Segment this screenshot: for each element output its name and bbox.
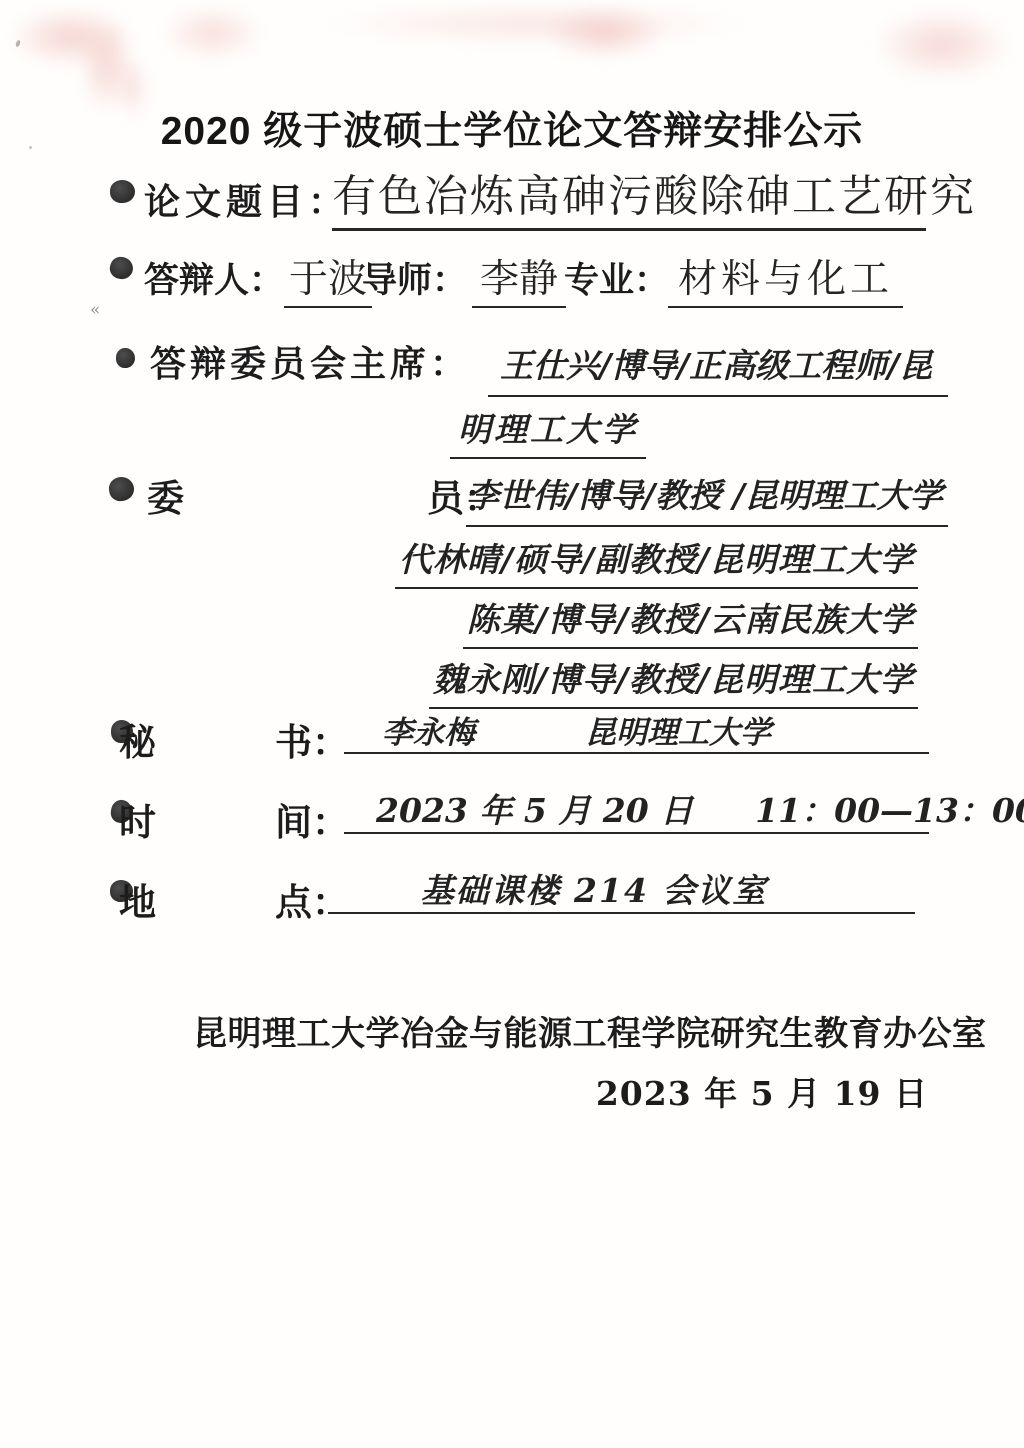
issue-date: 2023 年 5 月 19 日 <box>596 1068 928 1115</box>
defense-announcement-page: « 2020 级于波硕士学位论文答辩安排公示 论文题目： 有色冶炼高砷污酸除砷工… <box>0 0 1024 1448</box>
defender-label: 答辩人： <box>144 253 284 303</box>
defender-name: 于波 <box>284 248 372 308</box>
committee-member-row: 魏永刚/博导/教授/昆明理工大学 <box>395 654 918 701</box>
pink-stamp-smudge <box>160 4 265 62</box>
committee-member-row: 代林晴/硕导/副教授/昆明理工大学 <box>395 534 918 581</box>
advisor-label: 导师： <box>362 253 467 303</box>
major-value: 材料与化工 <box>668 248 903 308</box>
time-label: 时 <box>119 792 156 846</box>
bullet-icon <box>107 475 135 502</box>
time-label: 间： <box>275 792 349 846</box>
pink-stamp-smudge <box>8 6 133 68</box>
location-underline-field: 基础课楼 214 会议室 <box>328 866 915 914</box>
scan-artifact-mark: « <box>90 300 100 320</box>
location-value: 基础课楼 214 会议室 <box>421 865 768 912</box>
thesis-title-value: 有色冶炼高砷污酸除砷工艺研究 <box>332 160 926 231</box>
thesis-title-label: 论文题目： <box>144 174 349 225</box>
pink-stamp-smudge <box>545 6 665 60</box>
committee-member: 李世伟/博导/教授 /昆明理工大学 <box>466 470 948 527</box>
members-label: 委 <box>147 468 184 522</box>
defense-date: 2023 年 5 月 20 日 <box>376 785 693 832</box>
scan-speck <box>15 40 21 48</box>
secretary-affiliation: 昆明理工大学 <box>585 707 771 752</box>
pink-stamp-smudge <box>872 8 1012 82</box>
bullet-icon <box>108 255 136 282</box>
pink-stamp-smudge <box>320 2 750 46</box>
defense-time-range: 11：00—13：00 <box>755 785 1024 832</box>
committee-chair-value-line2: 明理工大学 <box>450 404 646 459</box>
secretary-label: 书： <box>275 712 349 766</box>
bullet-icon <box>110 180 135 203</box>
page-title: 2020 级于波硕士学位论文答辩安排公示 <box>0 100 1024 156</box>
major-label: 专业： <box>564 253 669 303</box>
committee-chair-value-line1: 王仕兴/博导/正高级工程师/昆 <box>488 340 948 397</box>
committee-member: 代林晴/硕导/副教授/昆明理工大学 <box>395 534 918 589</box>
issuing-office: 昆明理工大学冶金与能源工程学院研究生教育办公室 <box>193 1006 987 1055</box>
committee-member: 陈菓/博导/教授/云南民族大学 <box>463 594 918 649</box>
committee-member: 魏永刚/博导/教授/昆明理工大学 <box>429 654 918 709</box>
committee-member-row: 陈菓/博导/教授/云南民族大学 <box>395 594 918 641</box>
secretary-underline-field: 李永梅 昆明理工大学 <box>344 708 929 754</box>
bullet-icon <box>116 348 135 368</box>
advisor-name: 李静 <box>472 248 566 308</box>
location-label: 地 <box>119 872 156 926</box>
committee-chair-label: 答辩委员会主席： <box>150 336 470 387</box>
time-underline-field: 2023 年 5 月 20 日 11：00—13：00 <box>344 786 929 834</box>
secretary-name: 李永梅 <box>382 707 475 752</box>
secretary-label: 秘 <box>119 712 156 766</box>
committee-members-list: 代林晴/硕导/副教授/昆明理工大学 陈菓/博导/教授/云南民族大学 魏永刚/博导… <box>395 534 918 714</box>
